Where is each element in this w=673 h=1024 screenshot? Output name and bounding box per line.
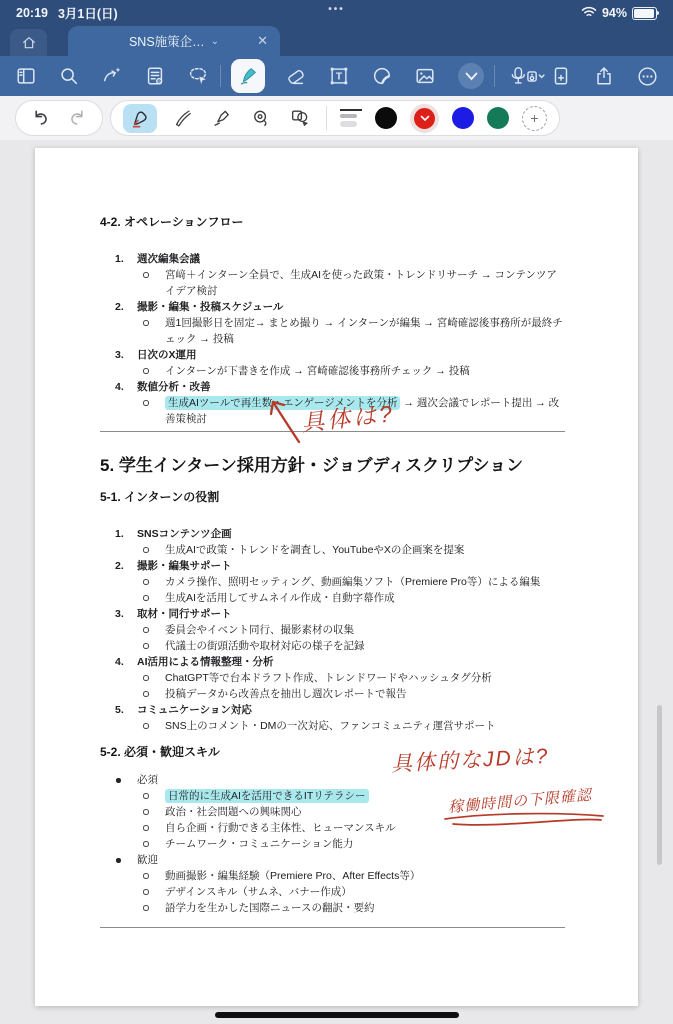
list-subitem: 生成AIで政策・トレンドを調査し、YouTubeやXの企画案を提案	[100, 542, 565, 558]
sticker-icon	[371, 65, 393, 87]
section-heading-5-1: 5-1. インターンの役割	[100, 489, 565, 505]
undo-icon	[30, 108, 51, 129]
search-icon	[58, 65, 80, 87]
red-arrow-annotation	[266, 395, 306, 445]
stroke-width-selector[interactable]	[340, 109, 362, 128]
list-subitem: 語学力を生かした国際ニュースの翻訳・要約	[100, 900, 565, 916]
eraser-button[interactable]	[284, 64, 308, 88]
ipad-note-app: { "status": { "time": "20:19", "date": "…	[0, 0, 673, 1024]
list-item: 1.週次編集会議	[100, 251, 565, 267]
list-subitem: ChatGPT等で台本ドラフト作成、トレンドワードやハッシュタグ分析	[100, 670, 565, 686]
list-subitem: カメラ操作、照明セッティング、動画編集ソフト（Premiere Pro等）による…	[100, 574, 565, 590]
circle-bullet	[143, 643, 149, 649]
pen-toolbar: +	[0, 96, 673, 140]
document-page[interactable]: 4-2. オペレーションフロー 1.週次編集会議 宮﨑＋インターン全員で、生成A…	[35, 148, 638, 1006]
chevron-down-icon	[465, 72, 478, 81]
battery-icon	[632, 7, 657, 20]
battery-percent: 94%	[602, 6, 627, 20]
document-content: 4-2. オペレーションフロー 1.週次編集会議 宮﨑＋インターン全員で、生成A…	[35, 148, 638, 1006]
document-notes-button[interactable]	[143, 64, 167, 88]
status-bar: 20:19 3月1日(日) ••• 94%	[0, 0, 673, 26]
custom-color-button[interactable]: +	[522, 106, 547, 131]
toolbar-gap	[447, 65, 448, 87]
microphone-icon	[507, 65, 547, 87]
circle-bullet	[143, 595, 149, 601]
laser-pointer-icon	[250, 107, 272, 129]
add-page-icon	[550, 65, 572, 87]
scrollbar[interactable]	[657, 705, 662, 865]
circle-bullet	[143, 627, 149, 633]
eraser-icon	[285, 65, 307, 87]
main-toolbar: T	[0, 56, 673, 96]
home-icon	[21, 35, 37, 51]
circle-bullet	[143, 368, 149, 374]
redo-icon	[67, 108, 88, 129]
circle-bullet	[143, 793, 149, 799]
search-button[interactable]	[57, 64, 81, 88]
stroke-medium[interactable]	[340, 114, 357, 119]
toolbar-divider	[220, 65, 221, 87]
image-button[interactable]	[413, 64, 437, 88]
circle-bullet	[143, 675, 149, 681]
list-subitem: 投稿データから改善点を抽出し週次レポートで報告	[100, 686, 565, 702]
pen-tools-group: +	[110, 100, 560, 136]
circle-bullet	[143, 825, 149, 831]
stroke-thick[interactable]	[340, 121, 357, 127]
bullet-dot	[116, 778, 121, 783]
list-item: 2.撮影・編集・投稿スケジュール	[100, 299, 565, 315]
list-item: 3.取材・同行サポート	[100, 606, 565, 622]
lasso-button[interactable]	[186, 64, 210, 88]
tab-close-icon[interactable]: ✕	[257, 33, 268, 49]
undo-redo-group	[15, 100, 103, 136]
ai-pointer-button[interactable]	[100, 64, 124, 88]
bullet-dot	[116, 858, 121, 863]
color-swatch-blue[interactable]	[452, 107, 474, 129]
more-button[interactable]	[635, 64, 659, 88]
bullet-item: 歓迎	[100, 852, 565, 868]
list-item: 5.コミュニケーション対応	[100, 702, 565, 718]
list-item: 2.撮影・編集サポート	[100, 558, 565, 574]
sidebar-icon	[15, 65, 37, 87]
ai-pointer-icon	[101, 65, 123, 87]
list-subitem: 委員会やイベント同行、撮影素材の収集	[100, 622, 565, 638]
multitask-dots-icon: •••	[0, 4, 673, 15]
redo-button[interactable]	[65, 105, 91, 131]
wifi-icon	[581, 6, 597, 21]
svg-text:T: T	[336, 72, 343, 83]
tab-chevron-icon[interactable]: ⌄	[211, 36, 219, 47]
highlighter-tool[interactable]	[209, 105, 235, 131]
pencil-icon	[172, 107, 194, 129]
share-button[interactable]	[592, 64, 616, 88]
fountain-pen-tool-active[interactable]	[123, 104, 157, 133]
circle-bullet	[143, 547, 149, 553]
plus-icon: +	[530, 111, 538, 125]
circle-bullet	[143, 889, 149, 895]
image-icon	[414, 65, 436, 87]
document-notes-icon	[144, 65, 166, 87]
text-box-button[interactable]: T	[327, 64, 351, 88]
document-tab[interactable]: SNS施策企… ⌄ ✕	[68, 26, 280, 56]
circle-bullet	[143, 320, 149, 326]
list-subitem: インターンが下書きを作成 → 宮崎確認後事務所チェック → 投稿	[100, 363, 565, 379]
list-subitem: チームワーク・コミュニケーション能力	[100, 836, 565, 852]
list-item: 4.数値分析・改善	[100, 379, 565, 395]
note-canvas: 4-2. オペレーションフロー 1.週次編集会議 宮﨑＋インターン全員で、生成A…	[0, 140, 673, 1024]
color-swatch-red-selected[interactable]	[410, 104, 439, 133]
toolbar-divider	[494, 65, 495, 87]
list-subitem: 週1回撮影日を固定→ まとめ撮り → インターンが編集 → 宮崎確認後事務所が最…	[100, 315, 565, 347]
pen-icon	[237, 65, 259, 87]
list-subitem: 宮﨑＋インターン全員で、生成AIを使った政策・トレンドリサーチ → コンテンツア…	[100, 267, 565, 299]
shape-tool-icon	[289, 107, 311, 129]
circle-bullet	[143, 809, 149, 815]
red-underline-annotation	[441, 810, 611, 830]
pencil-tool[interactable]	[170, 105, 196, 131]
pen-toolbar-divider	[326, 106, 327, 131]
circle-bullet	[143, 841, 149, 847]
circle-bullet	[143, 723, 149, 729]
list-subitem: 動画撮影・編集経験（Premiere Pro、After Effects等）	[100, 868, 565, 884]
circle-bullet	[143, 272, 149, 278]
pen-tool-button-active[interactable]	[231, 59, 265, 93]
horizontal-rule	[100, 927, 565, 928]
add-page-button[interactable]	[549, 64, 573, 88]
list-subitem: 代議士の街頭活動や取材対応の様子を記録	[100, 638, 565, 654]
collapse-toolbar-button[interactable]	[458, 63, 484, 89]
laser-pointer-tool[interactable]	[248, 105, 274, 131]
section-5-1-list: 1.SNSコンテンツ企画 生成AIで政策・トレンドを調査し、YouTubeやXの…	[100, 526, 565, 734]
list-item: 4.AI活用による情報整理・分析	[100, 654, 565, 670]
lasso-icon	[187, 65, 209, 87]
list-subitem: SNS上のコメント・DMの一次対応、ファンコミュニティ運営サポート	[100, 718, 565, 734]
circle-bullet	[143, 905, 149, 911]
list-item: 1.SNSコンテンツ企画	[100, 526, 565, 542]
undo-button[interactable]	[27, 105, 53, 131]
circle-bullet	[143, 579, 149, 585]
chevron-down-icon	[420, 115, 430, 122]
sidebar-button[interactable]	[14, 64, 38, 88]
circle-bullet	[143, 691, 149, 697]
sticker-button[interactable]	[370, 64, 394, 88]
stroke-thin-selected[interactable]	[340, 109, 362, 111]
tab-title: SNS施策企…	[129, 32, 205, 50]
highlighter-icon	[211, 107, 233, 129]
home-button[interactable]	[10, 29, 47, 56]
section-heading-5: 5. 学生インターン採用方針・ジョブディスクリプション	[100, 454, 565, 478]
list-subitem: 生成AIを活用してサムネイル作成・自動字幕作成	[100, 590, 565, 606]
bullet-item: 必須	[100, 772, 565, 788]
circle-bullet	[143, 873, 149, 879]
tab-strip: SNS施策企… ⌄ ✕	[0, 26, 673, 56]
cyan-highlight: 日常的に生成AIを活用できるITリテラシー	[165, 789, 369, 803]
section-heading-4-2: 4-2. オペレーションフロー	[100, 214, 565, 230]
list-subitem: デザインスキル（サムネ、バナー作成）	[100, 884, 565, 900]
text-box-icon: T	[328, 65, 350, 87]
shape-tool[interactable]	[287, 105, 313, 131]
record-audio-button[interactable]	[505, 64, 549, 88]
list-item: 3.日次のX運用	[100, 347, 565, 363]
color-swatch-green[interactable]	[487, 107, 509, 129]
home-indicator[interactable]	[215, 1012, 459, 1018]
color-swatch-black[interactable]	[375, 107, 397, 129]
circle-bullet	[143, 400, 149, 406]
fountain-pen-icon	[129, 107, 151, 129]
more-ellipsis-icon	[636, 65, 659, 88]
share-icon	[593, 65, 615, 87]
